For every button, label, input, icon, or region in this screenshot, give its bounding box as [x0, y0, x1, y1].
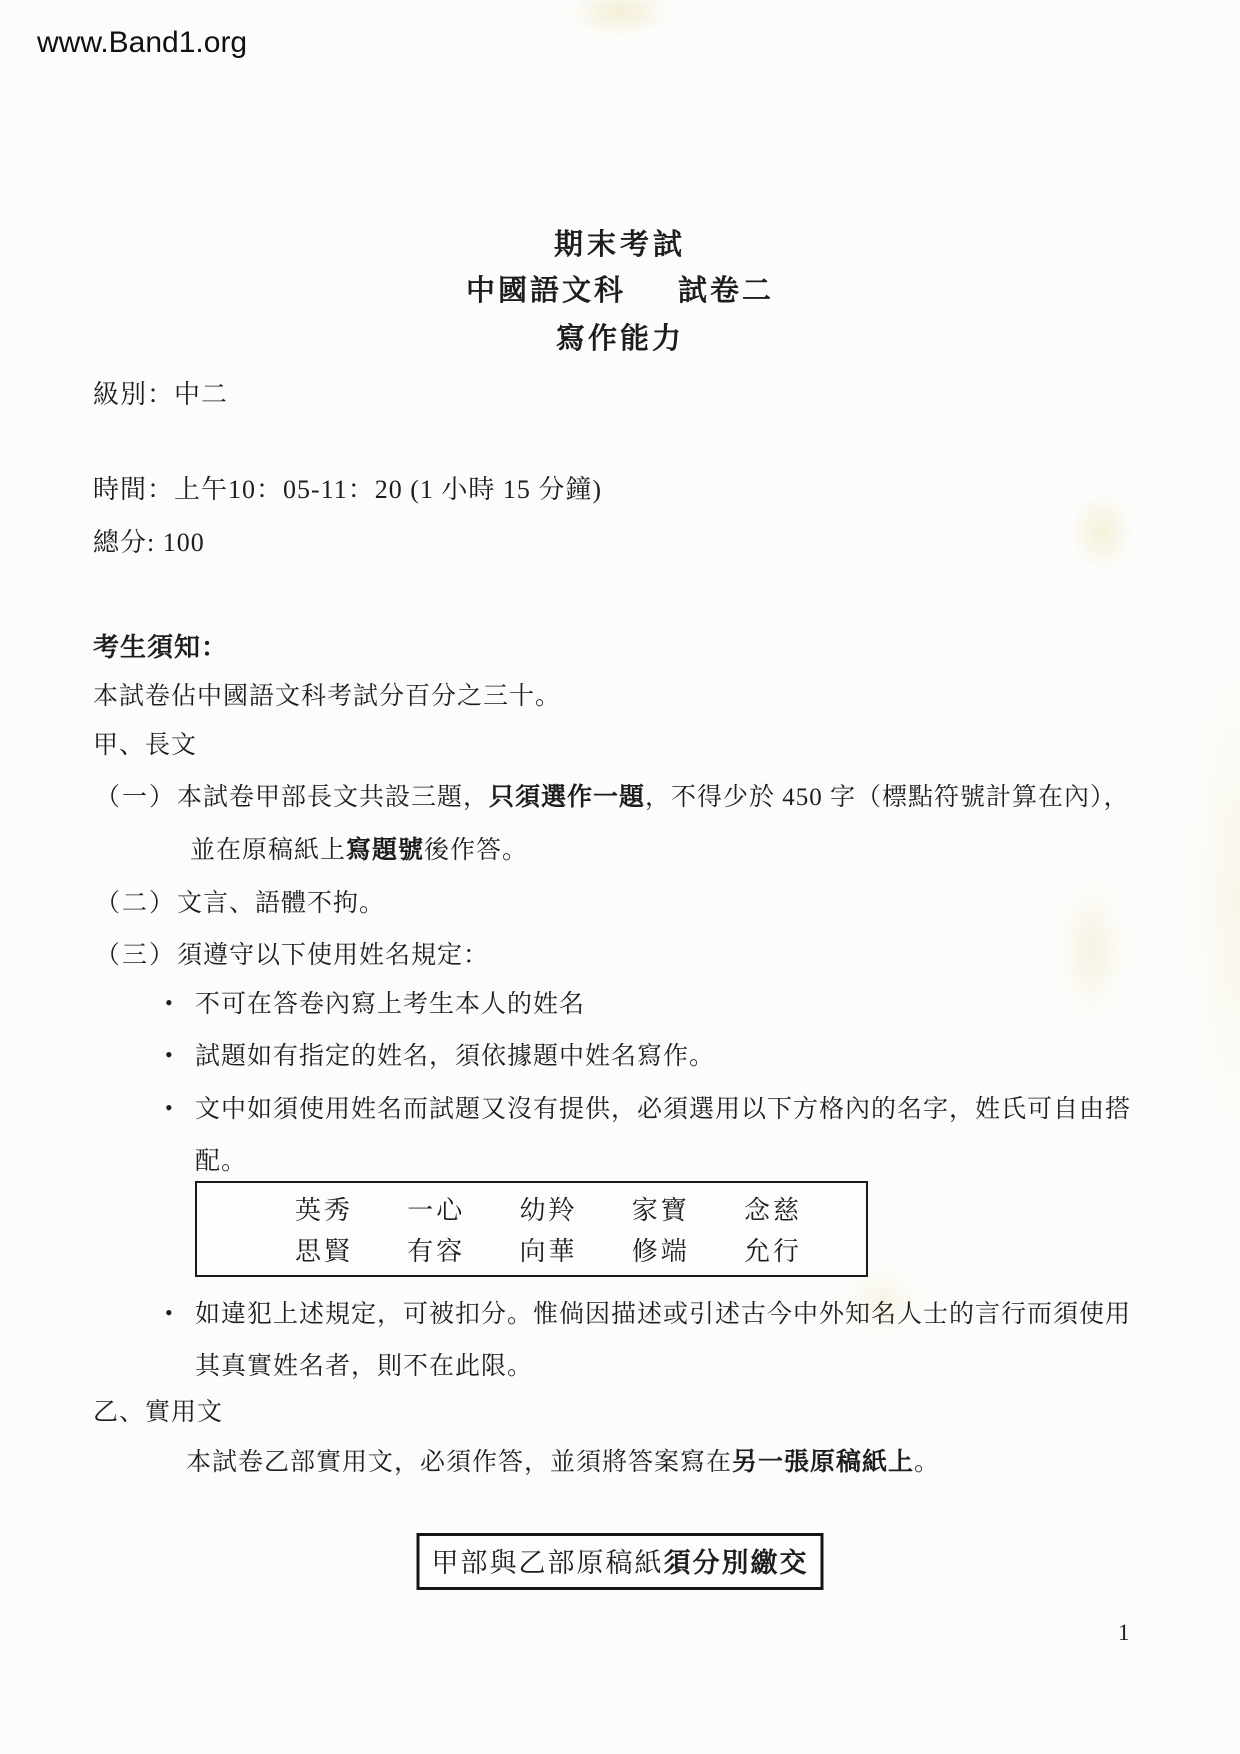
bullet-item-3: •文中如須使用姓名而試題又沒有提供，必須選用以下方格內的名字，姓氏可自由搭 — [165, 1095, 1131, 1125]
section-a-heading: 甲、長文 — [93, 731, 197, 761]
page-title-skill: 寫作能力 — [0, 316, 1240, 357]
bullet-icon: • — [165, 1042, 195, 1068]
bullet-icon: • — [165, 1095, 195, 1121]
name-cell: 允行 — [744, 1231, 802, 1268]
item-1-line2-seg1: 並在原稿紙上 — [190, 837, 346, 864]
name-cell: 一心 — [407, 1190, 465, 1227]
bullet-4-line1: 如違犯上述規定，可被扣分。惟倘因描述或引述古今中外知名人士的言行而須使用 — [195, 1301, 1131, 1328]
info-total-score: 總分: 100 — [93, 522, 205, 559]
item-2-number: （二） — [95, 889, 177, 919]
name-cell: 有容 — [407, 1231, 465, 1268]
bullet-icon: • — [165, 1300, 195, 1326]
bullet-item-1: •不可在答卷內寫上考生本人的姓名 — [165, 990, 585, 1020]
name-cell: 思賢 — [295, 1231, 353, 1268]
page-title-subject-line: 中國語文科試卷二 — [0, 268, 1240, 309]
name-row-2: 思賢 有容 向華 修端 允行 — [295, 1231, 802, 1268]
item-3-number: （三） — [95, 941, 177, 971]
info-time: 時間：上午10：05-11：20 (1 小時 15 分鐘) — [93, 469, 602, 506]
bullet-item-2: •試題如有指定的姓名，須依據題中姓名寫作。 — [165, 1042, 715, 1072]
name-cell: 英秀 — [295, 1190, 353, 1227]
name-cell: 向華 — [519, 1231, 577, 1268]
section-b-seg1: 本試卷乙部實用文，必須作答，並須將答案寫在 — [186, 1449, 732, 1476]
item-3-text: 須遵守以下使用姓名規定： — [177, 942, 489, 969]
name-row-1: 英秀 一心 幼羚 家寶 念慈 — [295, 1190, 802, 1227]
bullet-item-4-continuation: 其真實姓名者，則不在此限。 — [195, 1352, 533, 1382]
section-b-heading: 乙、實用文 — [93, 1398, 223, 1428]
section-b-seg3: 。 — [914, 1449, 940, 1476]
notice-title: 考生須知： — [93, 627, 228, 664]
name-cell: 念慈 — [744, 1190, 802, 1227]
section-b-seg2-bold: 另一張原稿紙上 — [732, 1449, 914, 1476]
item-1-number: （一） — [95, 783, 177, 813]
item-1-line2-seg2-bold: 寫題號 — [346, 837, 424, 864]
page-title-exam: 期末考試 — [0, 222, 1240, 263]
bullet-item-4: •如違犯上述規定，可被扣分。惟倘因描述或引述古今中外知名人士的言行而須使用 — [165, 1300, 1131, 1330]
section-b-text: 本試卷乙部實用文，必須作答，並須將答案寫在另一張原稿紙上。 — [186, 1448, 940, 1478]
submission-note-box: 甲部與乙部原稿紙須分別繳交 — [417, 1533, 824, 1590]
bullet-icon: • — [165, 990, 195, 1016]
name-cell: 幼羚 — [519, 1190, 577, 1227]
submission-note-seg1: 甲部與乙部原稿紙 — [432, 1548, 664, 1578]
list-item-2: （二）文言、語體不拘。 — [95, 889, 385, 919]
list-item-1-continuation: 並在原稿紙上寫題號後作答。 — [190, 836, 528, 866]
bullet-3-line1: 文中如須使用姓名而試題又沒有提供，必須選用以下方格內的名字，姓氏可自由搭 — [195, 1096, 1131, 1123]
item-2-text: 文言、語體不拘。 — [177, 890, 385, 917]
item-1-seg1: 本試卷甲部長文共設三題， — [177, 784, 489, 811]
submission-note-seg2-bold: 須分別繳交 — [664, 1548, 809, 1578]
subject-name: 中國語文科 — [466, 275, 626, 307]
item-1-seg3: ，不得少於 450 字（標點符號計算在內）， — [645, 784, 1130, 811]
paper-number: 試卷二 — [678, 275, 774, 307]
name-cell: 修端 — [632, 1231, 690, 1268]
page-number: 1 — [1118, 1620, 1130, 1646]
bullet-2-text: 試題如有指定的姓名，須依據題中姓名寫作。 — [195, 1043, 715, 1070]
list-item-3: （三）須遵守以下使用姓名規定： — [95, 941, 489, 971]
bullet-4-line2: 其真實姓名者，則不在此限。 — [195, 1353, 533, 1380]
watermark: www.Band1.org — [37, 26, 247, 60]
bullet-1-text: 不可在答卷內寫上考生本人的姓名 — [195, 991, 585, 1018]
notice-intro: 本試卷佔中國語文科考試分百分之三十。 — [93, 682, 561, 712]
bullet-item-3-continuation: 配。 — [195, 1147, 247, 1177]
document-page: { "watermark": "www.Band1.org", "bullet_… — [0, 0, 1240, 1754]
item-1-seg2-bold: 只須選作一題 — [489, 784, 645, 811]
allowed-names-box: 英秀 一心 幼羚 家寶 念慈 思賢 有容 向華 修端 允行 — [195, 1181, 868, 1277]
name-cell: 家寶 — [632, 1190, 690, 1227]
item-1-line2-seg3: 後作答。 — [424, 837, 528, 864]
bullet-3-line2: 配。 — [195, 1148, 247, 1175]
list-item-1: （一）本試卷甲部長文共設三題，只須選作一題，不得少於 450 字（標點符號計算在… — [95, 783, 1130, 813]
info-level: 級別：中二 — [93, 374, 228, 411]
